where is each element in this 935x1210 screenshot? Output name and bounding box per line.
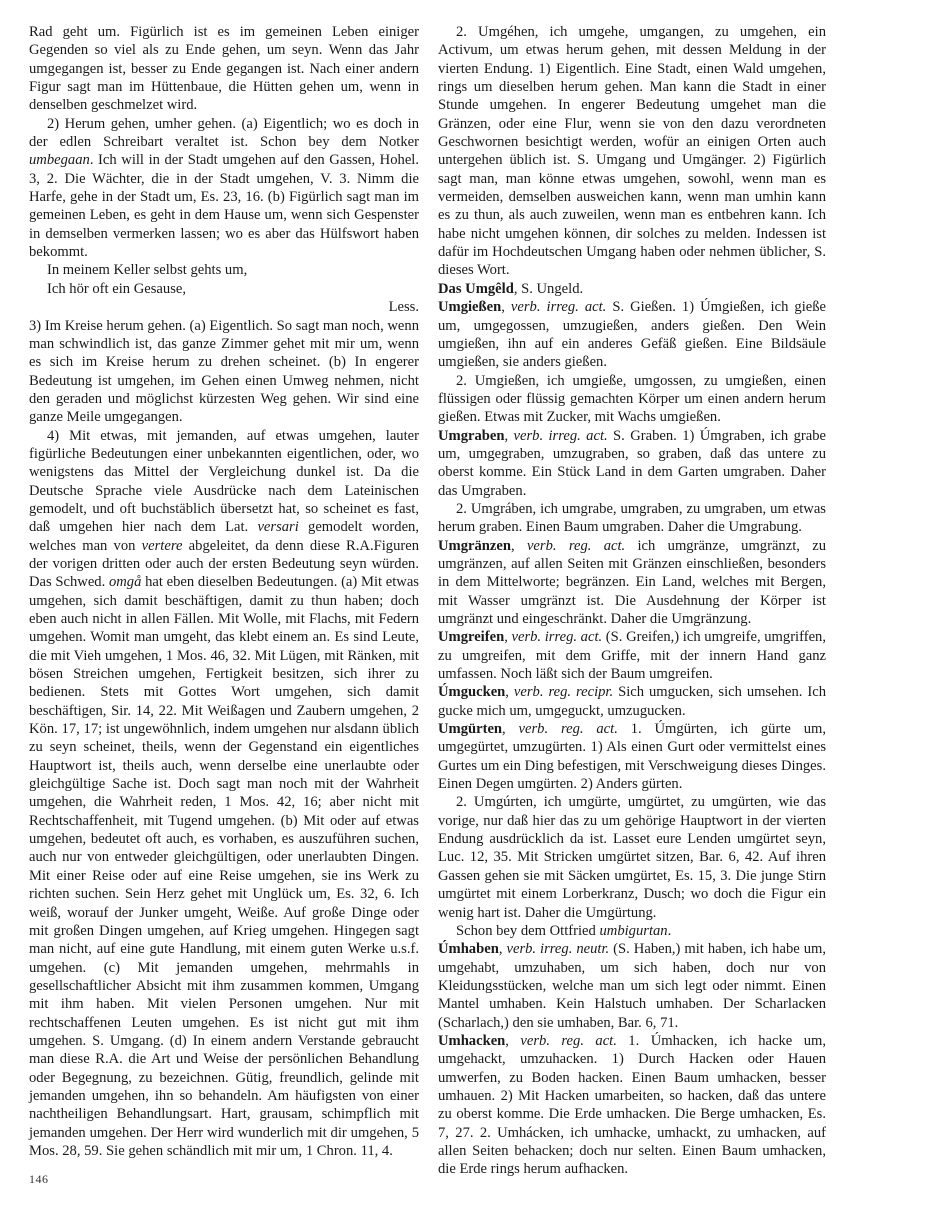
headword: Umgraben (438, 428, 504, 444)
right-column: 2. Umgéhen, ich umgehe, umgangen, zu umg… (438, 23, 826, 1179)
left-column: Rad geht um. Figürlich ist es im gemeine… (29, 23, 419, 1160)
grammar-label: verb. irreg. act. (514, 428, 608, 444)
text: 2) Herum gehen, umher gehen. (a) Eigentl… (29, 116, 419, 150)
entry-umgraben: Umgraben, verb. irreg. act. S. Graben. 1… (438, 427, 826, 500)
italic-term: versari (257, 519, 298, 535)
verse-line: In meinem Keller selbst gehts um, (29, 261, 419, 279)
italic-term: omgå (109, 574, 141, 590)
italic-term: vertere (142, 538, 183, 554)
entry-subsense: 2. Umgráben, ich umgrabe, umgraben, zu u… (438, 500, 826, 537)
page-number: 146 (29, 1170, 49, 1188)
text: . (668, 923, 672, 939)
headword: Úmhaben (438, 941, 499, 957)
grammar-label: verb. irreg. act. (512, 629, 603, 645)
grammar-label: verb. irreg. neutr. (506, 941, 609, 957)
text: hat eben dieselben Bedeutungen. (a) Mit … (29, 574, 419, 1159)
paragraph-sense-4: 4) Mit etwas, mit jemanden, auf etwas um… (29, 427, 419, 1161)
grammar-label: verb. reg. act. (520, 1033, 616, 1049)
entry-subsense: 2. Umgießen, ich umgieße, umgossen, zu u… (438, 372, 826, 427)
entry-text: 1. Úmhacken, ich hacke um, umgehackt, um… (438, 1033, 826, 1177)
text: . Ich will in der Stadt umgehen auf den … (29, 152, 419, 260)
entry-text: , S. Ungeld. (514, 281, 583, 297)
headword: Umgränzen (438, 538, 511, 554)
entry-subsense: 2. Umgúrten, ich umgürte, umgürtet, zu u… (438, 793, 826, 921)
verse-line: Ich hör oft ein Gesause, (29, 280, 419, 298)
italic-term: umbigurtan (599, 923, 667, 939)
grammar-label: verb. irreg. act. (511, 299, 606, 315)
headword: Umgreifen (438, 629, 504, 645)
text: Schon bey dem Ottfried (456, 923, 599, 939)
dictionary-page: Rad geht um. Figürlich ist es im gemeine… (0, 0, 935, 1210)
entry-umguerten: Umgürten, verb. reg. act. 1. Úmgürten, i… (438, 720, 826, 793)
entry-note: Schon bey dem Ottfried umbigurtan. (438, 922, 826, 940)
paragraph-sense-2: 2) Herum gehen, umher gehen. (a) Eigentl… (29, 115, 419, 262)
headword: Umgießen (438, 299, 501, 315)
headword: Umgürten (438, 721, 502, 737)
entry-umgraenzen: Umgränzen, verb. reg. act. ich umgränze,… (438, 537, 826, 629)
headword: Das Umgêld (438, 281, 514, 297)
entry-umgiessen: Umgießen, verb. irreg. act. S. Gießen. 1… (438, 298, 826, 371)
paragraph-continuation: Rad geht um. Figürlich ist es im gemeine… (29, 23, 419, 115)
entry-umgeld: Das Umgêld, S. Ungeld. (438, 280, 826, 298)
entry-umgreifen: Umgreifen, verb. irreg. act. (S. Greifen… (438, 628, 826, 683)
entry-umhaben: Úmhaben, verb. irreg. neutr. (S. Haben,)… (438, 940, 826, 1032)
verse-source: Less. (29, 298, 419, 316)
headword: Umhacken (438, 1033, 505, 1049)
italic-term: umbegaan (29, 152, 90, 168)
grammar-label: verb. reg. act. (519, 721, 618, 737)
paragraph-sense-3: 3) Im Kreise herum gehen. (a) Eigentlich… (29, 317, 419, 427)
grammar-label: verb. reg. act. (527, 538, 625, 554)
entry-umgucken: Úmgucken, verb. reg. recipr. Sich umguck… (438, 683, 826, 720)
headword: Úmgucken (438, 684, 505, 700)
entry-umhacken: Umhacken, verb. reg. act. 1. Úmhacken, i… (438, 1032, 826, 1179)
grammar-label: verb. reg. recipr. (514, 684, 613, 700)
paragraph-umgehen-2: 2. Umgéhen, ich umgehe, umgangen, zu umg… (438, 23, 826, 280)
